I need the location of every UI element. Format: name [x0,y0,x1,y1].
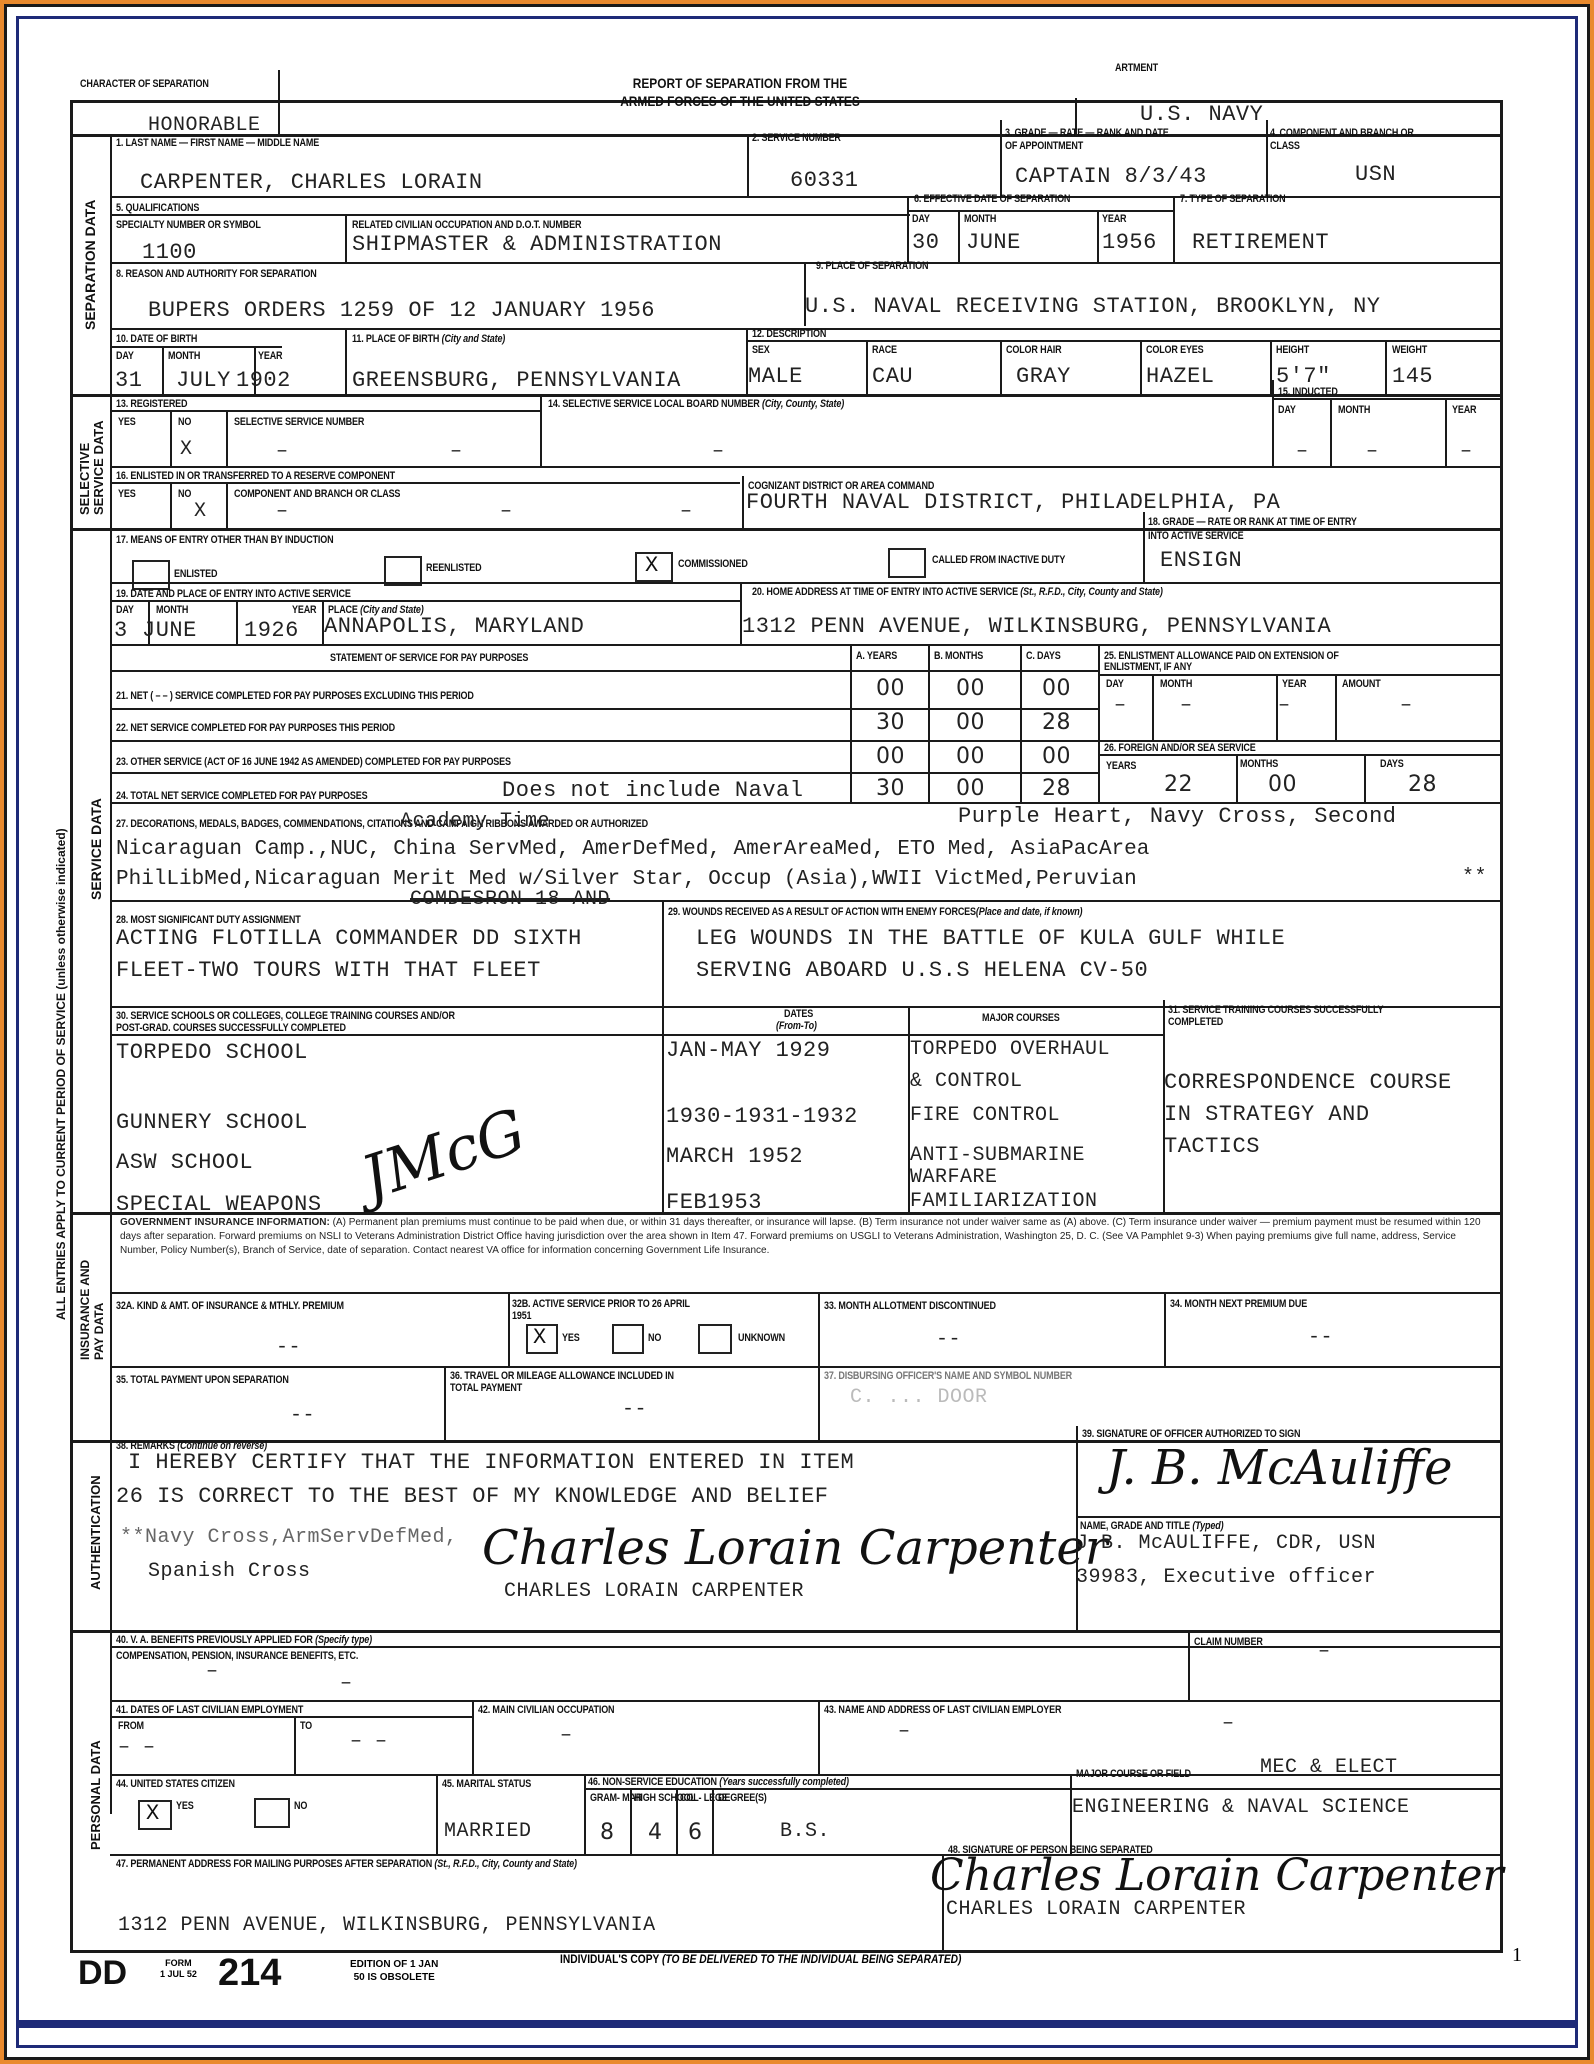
item48-signature: Charles Lorain Carpenter [930,1850,1504,1901]
item12-sex: MALE [748,364,803,389]
row23-years: 00 [876,744,905,769]
item26-months-label: MONTHS [1240,758,1278,770]
item5-occupation-label: RELATED CIVILIAN OCCUPATION AND D.O.T. N… [352,219,581,231]
item30-date-1: JAN-MAY 1929 [666,1038,830,1063]
row24-label: 24. TOTAL NET SERVICE COMPLETED FOR PAY … [116,790,367,802]
item10-month-label: MONTH [168,350,200,362]
item12-eyes-label: COLOR EYES [1146,344,1204,356]
item29-line-2: SERVING ABOARD U.S.S HELENA CV-50 [696,958,1148,983]
item7-label: 7. TYPE OF SEPARATION [1180,193,1285,205]
item39-label: 39. SIGNATURE OF OFFICER AUTHORIZED TO S… [1082,1428,1300,1440]
item38-signature: Charles Lorain Carpenter [482,1520,1108,1576]
item2-label: 2. SERVICE NUMBER [752,132,841,144]
item46-label: 46. NON-SERVICE EDUCATION (Years success… [588,1776,849,1788]
item4-component: USN [1355,162,1396,187]
item34-label: 34. MONTH NEXT PREMIUM DUE [1170,1298,1307,1310]
item25-label-2: ENLISTMENT, IF ANY [1104,661,1192,673]
item39-name-label: NAME, GRADE AND TITLE (Typed) [1080,1520,1223,1532]
item19-year: 1926 [244,618,299,643]
item16-component-label: COMPONENT AND BRANCH OR CLASS [234,488,400,500]
item46-major-label: MAJOR COURSE OR FIELD [1076,1768,1191,1780]
item40-claim-value: – [1318,1640,1331,1663]
item5-occupation-value: SHIPMASTER & ADMINISTRATION [352,232,722,257]
item34-value: -- [1308,1326,1333,1349]
item12-eyes: HAZEL [1146,364,1215,389]
item30-label-2: POST-GRAD. COURSES SUCCESSFULLY COMPLETE… [116,1022,346,1034]
footer-navy-band [19,2020,1575,2028]
item32b-no-checkbox[interactable] [612,1324,644,1354]
item36-value: -- [622,1398,647,1421]
side-label-all-entries: ALL ENTRIES APPLY TO CURRENT PERIOD OF S… [54,828,68,1320]
department-label: ARTMENT [1115,62,1158,74]
item15-day: – [1296,440,1309,463]
item18-grade-entry: ENSIGN [1160,548,1242,573]
dd214-document: CHARACTER OF SEPARATION HONORABLE REPORT… [0,0,1594,2064]
item15-year: – [1460,440,1473,463]
item40-claim-label: CLAIM NUMBER [1194,1636,1263,1648]
item7-type: RETIREMENT [1192,230,1329,255]
item37-value: C. ... DOOR [850,1386,988,1409]
item15-month: – [1366,440,1379,463]
item6-label: 6. EFFECTIVE DATE OF SEPARATION [914,193,1070,205]
item6-year-label: YEAR [1102,213,1126,225]
item26-days: 28 [1408,772,1437,797]
item43-label: 43. NAME AND ADDRESS OF LAST CIVILIAN EM… [824,1704,1061,1716]
side-label-selective-service: SELECTIVESERVICE DATA [78,420,106,515]
item43-v2: – [1222,1712,1235,1735]
item41-to: – – [350,1730,388,1753]
item31-label-2: COMPLETED [1168,1016,1223,1028]
item6-day-label: DAY [912,213,930,225]
item13-ssn-label: SELECTIVE SERVICE NUMBER [234,416,364,428]
item44-yes-checkbox[interactable]: X [138,1800,172,1830]
item25-month-label: MONTH [1160,678,1192,690]
item13-label: 13. REGISTERED [116,398,187,410]
row22-label: 22. NET SERVICE COMPLETED FOR PAY PURPOS… [116,722,395,734]
item15-label: 15. INDUCTED [1278,386,1338,398]
item29-line-1: LEG WOUNDS IN THE BATTLE OF KULA GULF WH… [696,926,1285,951]
row21-months: 00 [956,676,985,701]
item30-date-3: MARCH 1952 [666,1144,803,1169]
item16-v3: – [680,500,693,523]
item19-label: 19. DATE AND PLACE OF ENTRY INTO ACTIVE … [116,588,351,600]
statement-col-months: B. MONTHS [934,650,983,662]
item17-called-checkbox[interactable] [888,548,926,578]
item44-label: 44. UNITED STATES CITIZEN [116,1778,235,1790]
row23-label: 23. OTHER SERVICE (Act of 16 June 1942 a… [116,756,511,768]
item44-yes-label: YES [176,1800,194,1812]
item19-month: JUNE [142,618,197,643]
item19-place: ANNAPOLIS, MARYLAND [324,614,584,639]
item17-commissioned-checkbox[interactable]: X [635,552,673,582]
item30-school-2: GUNNERY SCHOOL [116,1110,308,1135]
edition-note: EDITION OF 1 JAN50 IS OBSOLETE [350,1958,438,1984]
item10-year-label: YEAR [258,350,282,362]
item8-reason: BUPERS ORDERS 1259 OF 12 JANUARY 1956 [148,298,655,323]
row22-days: 28 [1042,710,1071,735]
item12-hair-label: COLOR HAIR [1006,344,1061,356]
item46-high: 4 [648,1820,663,1845]
item16-no-label: NO [178,488,191,500]
item32b-no-label: NO [648,1332,661,1344]
item40-v2: – [340,1672,353,1695]
item15-month-label: MONTH [1338,404,1370,416]
row24-years: 30 [876,776,905,801]
row23-days: 00 [1042,744,1071,769]
row21-days: 00 [1042,676,1071,701]
item31-line-2: IN STRATEGY AND [1164,1102,1370,1127]
stamp-signature: JMcG [353,1096,533,1214]
item36-label-2: TOTAL PAYMENT [450,1382,522,1394]
item27-line-3: PhilLibMed,Nicaraguan Merit Med w/Silver… [116,868,1137,891]
item13-ssn-2: – [450,440,463,463]
item45-marital-status: MARRIED [444,1820,532,1843]
item40-label: 40. V. A. BENEFITS PREVIOUSLY APPLIED FO… [116,1634,372,1646]
side-label-authentication: AUTHENTICATION [88,1475,103,1590]
item12-hair: GRAY [1016,364,1071,389]
item5-label: 5. QUALIFICATIONS [116,202,199,214]
item38-line-3: **Navy Cross,ArmServDefMed, [120,1526,458,1549]
item30-date-2: 1930-1931-1932 [666,1104,858,1129]
item9-place: U.S. NAVAL RECEIVING STATION, BROOKLYN, … [805,294,1381,319]
item26-years: 22 [1164,772,1193,797]
copy-note: INDIVIDUAL'S COPY (TO BE DELIVERED TO TH… [560,1952,961,1966]
row21-label: 21. NET ( – – ) SERVICE COMPLETED FOR PA… [116,690,474,702]
item26-days-label: DAYS [1380,758,1404,770]
item46-degree: B.S. [780,1820,830,1843]
item1-name: CARPENTER, CHARLES LORAIN [140,170,483,195]
item30-dates-label-italic: (From-To) [776,1020,817,1032]
item13-no-mark: X [180,438,193,461]
item27-line-1: Purple Heart, Navy Cross, Second [958,804,1396,829]
item25-day-label: DAY [1106,678,1124,690]
item13-ssn-1: – [276,440,289,463]
item16-v1: – [276,500,289,523]
item46-degree-label: DEGREE(S) [718,1792,767,1804]
statement-col-days: C. DAYS [1026,650,1061,662]
item32a-label: 32A. KIND & AMT. OF INSURANCE & MTHLY. P… [116,1300,344,1312]
item13-yes-label: YES [118,416,136,428]
item31-line-3: TACTICS [1164,1134,1260,1159]
statement-header: STATEMENT OF SERVICE FOR PAY PURPOSES [330,652,528,664]
item38-typed-name: CHARLES LORAIN CARPENTER [504,1580,804,1603]
item38-line-2: 26 IS CORRECT TO THE BEST OF MY KNOWLEDG… [116,1484,829,1509]
row22-years: 30 [876,710,905,735]
item12-sex-label: SEX [752,344,770,356]
item26-years-label: YEARS [1106,760,1136,772]
item47-label: 47. PERMANENT ADDRESS FOR MAILING PURPOS… [116,1858,577,1870]
form-number: 214 [218,1952,281,1995]
item38-line-1: I HEREBY CERTIFY THAT THE INFORMATION EN… [128,1450,854,1475]
item28-overtype: COMDESRON 18 AND [410,888,610,911]
item30-school-1: TORPEDO SCHOOL [116,1040,308,1065]
item9-label: 9. PLACE OF SEPARATION [816,260,928,272]
item17-commissioned-label: COMMISSIONED [678,558,748,570]
form-date-block: FORM1 JUL 52 [160,1958,197,1980]
item17-called-label: CALLED FROM INACTIVE DUTY [932,554,1065,566]
item30-major-5: WARFARE [910,1166,998,1189]
item44-no-checkbox[interactable] [254,1798,290,1828]
item4-label-2: CLASS [1270,140,1300,152]
item32b-unknown-label: UNKNOWN [738,1332,785,1344]
item35-value: -- [290,1404,315,1427]
item10-day-label: DAY [116,350,134,362]
item30-label-1: 30. SERVICE SCHOOLS OR COLLEGES, COLLEGE… [116,1010,455,1022]
side-label-personal-data: PERSONAL DATA [88,1740,103,1850]
item28-line-1: ACTING FLOTILLA COMMANDER DD SIXTH [116,926,582,951]
item36-label-1: 36. TRAVEL OR MILEAGE ALLOWANCE INCLUDED… [450,1370,674,1382]
item39-signature: J. B. McAuliffe [1106,1440,1453,1496]
item32a-value: -- [276,1336,301,1359]
item28-label: 28. MOST SIGNIFICANT DUTY ASSIGNMENT [116,914,301,926]
row24-months: 00 [956,776,985,801]
row22-months: 00 [956,710,985,735]
cognizant-value: FOURTH NAVAL DISTRICT, PHILADELPHIA, PA [746,490,1280,515]
item19-day-label: DAY [116,604,134,616]
item12-weight-label: WEIGHT [1392,344,1427,356]
item30-school-3: ASW SCHOOL [116,1150,253,1175]
item40-v1: – [206,1660,219,1683]
item32b-yes-label: YES [562,1332,580,1344]
item12-race-label: RACE [872,344,897,356]
row23-months: 00 [956,744,985,769]
character-of-separation-label: CHARACTER OF SEPARATION [80,78,209,90]
item30-major-4: ANTI-SUBMARINE [910,1144,1085,1167]
item16-v2: – [500,500,513,523]
item12-height-label: HEIGHT [1276,344,1309,356]
form-title: REPORT OF SEPARATION FROM THE ARMED FORC… [587,74,893,110]
item27-line-2: Nicaraguan Camp.,NUC, China ServMed, Ame… [116,838,1149,861]
item11-label: 11. PLACE OF BIRTH (City and State) [352,333,505,345]
item15-day-label: DAY [1278,404,1296,416]
item25-month: – [1180,694,1193,717]
item16-yes-label: YES [118,488,136,500]
item18-label-1: 18. GRADE — RATE OR RANK AT TIME OF ENTR… [1148,516,1357,528]
item33-label: 33. MONTH ALLOTMENT DISCONTINUED [824,1300,996,1312]
insurance-notice: GOVERNMENT INSURANCE INFORMATION: (A) Pe… [120,1216,1496,1258]
item25-year: – [1278,694,1291,717]
item32b-label-1: 32B. ACTIVE SERVICE PRIOR TO 26 APRIL [512,1298,690,1310]
item14-label: 14. SELECTIVE SERVICE LOCAL BOARD NUMBER… [548,398,844,410]
item41-to-label: TO [300,1720,312,1732]
item11-place-of-birth: GREENSBURG, PENNSYLVANIA [352,368,681,393]
item13-no-label: NO [178,416,191,428]
item6-month: JUNE [966,230,1021,255]
item42-value: – [560,1724,573,1747]
item46-college: 6 [688,1820,703,1845]
row24-days: 28 [1042,776,1071,801]
item17-label: 17. MEANS OF ENTRY OTHER THAN BY INDUCTI… [116,534,333,546]
item38-line-4: Spanish Cross [148,1560,311,1583]
item44-no-label: NO [294,1800,307,1812]
item40-sub-label: COMPENSATION, PENSION, INSURANCE BENEFIT… [116,1650,358,1662]
item12-race: CAU [872,364,913,389]
item41-from: – – [118,1736,156,1759]
item3-label-1: 3. GRADE — RATE — RANK AND DATE [1005,127,1169,139]
item10-day: 31 [115,368,142,393]
form-title-line-1: REPORT OF SEPARATION FROM THE [587,74,893,92]
side-label-service-data: SERVICE DATA [88,798,104,900]
item41-label: 41. DATES OF LAST CIVILIAN EMPLOYMENT [116,1704,303,1716]
item30-major-label: MAJOR COURSES [982,1012,1060,1024]
item4-label-1: 4. COMPONENT AND BRANCH OR [1270,127,1414,139]
item30-major-1: TORPEDO OVERHAUL [910,1038,1110,1061]
item6-day: 30 [912,230,939,255]
item26-label: 26. FOREIGN AND/OR SEA SERVICE [1104,742,1256,754]
item39-name-line-2: 39983, Executive officer [1076,1566,1376,1589]
item46-major-2: ENGINEERING & NAVAL SCIENCE [1072,1796,1410,1819]
item10-label: 10. DATE OF BIRTH [116,333,197,345]
item27-asterisks: ** [1462,866,1487,889]
item25-day: – [1114,694,1127,717]
item31-line-1: CORRESPONDENCE COURSE [1164,1070,1452,1095]
item30-major-3: FIRE CONTROL [910,1104,1060,1127]
item46-grammar: 8 [600,1820,615,1845]
page-mark: 1 [1512,1944,1522,1967]
item8-label: 8. REASON AND AUTHORITY FOR SEPARATION [116,268,317,280]
item2-service-number: 60331 [790,168,859,193]
item27-label: 27. DECORATIONS, MEDALS, BADGES, COMMEND… [116,818,648,830]
item45-label: 45. MARITAL STATUS [442,1778,531,1790]
item25-amount: – [1400,694,1413,717]
item30-dates-label: DATES [784,1008,813,1020]
item32b-label-2: 1951 [512,1310,531,1322]
side-label-insurance-pay: INSURANCE ANDPAY DATA [78,1260,106,1360]
item3-label-2: OF APPOINTMENT [1005,140,1083,152]
item31-label-1: 31. SERVICE TRAINING COURSES SUCCESSFULL… [1168,1004,1383,1016]
item47-permanent-address: 1312 PENN AVENUE, WILKINSBURG, PENNSYLVA… [118,1914,656,1937]
item12-weight: 145 [1392,364,1433,389]
item10-year: 1902 [236,368,291,393]
item1-label: 1. LAST NAME — FIRST NAME — MIDDLE NAME [116,137,319,149]
statement-col-years: A. YEARS [856,650,897,662]
item20-label: 20. HOME ADDRESS AT TIME OF ENTRY INTO A… [752,586,1163,598]
item35-label: 35. TOTAL PAYMENT UPON SEPARATION [116,1374,289,1386]
item20-home-address: 1312 PENN AVENUE, WILKINSBURG, PENNSYLVA… [742,614,1331,639]
row24-note-2: Academy Time [400,810,550,833]
item28-line-2: FLEET-TWO TOURS WITH THAT FLEET [116,958,541,983]
item32b-yes-checkbox[interactable]: X [526,1324,558,1354]
item16-label: 16. ENLISTED IN OR TRANSFERRED TO A RESE… [116,470,395,482]
item30-major-6: FAMILIARIZATION [910,1190,1098,1213]
item17-enlisted-label: ENLISTED [174,568,217,580]
item16-no-mark: X [194,500,207,523]
item25-year-label: YEAR [1282,678,1306,690]
item33-value: -- [936,1328,961,1351]
side-label-separation-data: SEPARATION DATA [82,200,98,330]
item37-label: 37. DISBURSING OFFICER'S NAME AND SYMBOL… [824,1370,1072,1382]
item3-grade: CAPTAIN 8/3/43 [1015,164,1207,189]
item17-reenlisted-label: REENLISTED [426,562,482,574]
item6-year: 1956 [1102,230,1157,255]
item32b-unknown-checkbox[interactable] [698,1324,732,1354]
item6-month-label: MONTH [964,213,996,225]
form-title-line-2: ARMED FORCES OF THE UNITED STATES [587,92,893,110]
item19-year-label: YEAR [292,604,316,616]
item39-name-line-1: J.B. McAULIFFE, CDR, USN [1076,1532,1376,1555]
item25-amount-label: AMOUNT [1342,678,1381,690]
row21-years: 00 [876,676,905,701]
item30-major-2: & CONTROL [910,1070,1023,1093]
item19-month-label: MONTH [156,604,188,616]
item17-enlisted-checkbox[interactable] [132,560,170,590]
item46-major-1: MEC & ELECT [1260,1756,1398,1779]
item43-v1: – [898,1720,911,1743]
department-value: U.S. NAVY [1140,102,1263,127]
item12-label: 12. DESCRIPTION [752,328,826,340]
item42-label: 42. MAIN CIVILIAN OCCUPATION [478,1704,614,1716]
item10-month: JULY [176,368,231,393]
item41-from-label: FROM [118,1720,144,1732]
item48-typed-name: CHARLES LORAIN CARPENTER [946,1898,1246,1921]
item5-specialty-label: SPECIALTY NUMBER OR SYMBOL [116,219,261,231]
item18-label-2: INTO ACTIVE SERVICE [1148,530,1243,542]
item14-value: – [712,440,725,463]
item26-months: 00 [1268,772,1297,797]
item15-year-label: YEAR [1452,404,1476,416]
form-prefix: DD [78,1954,127,1993]
item19-day: 3 [114,618,128,643]
item29-label: 29. WOUNDS RECEIVED AS A RESULT OF ACTIO… [668,906,1082,918]
row24-note: Does not include Naval [502,778,803,803]
